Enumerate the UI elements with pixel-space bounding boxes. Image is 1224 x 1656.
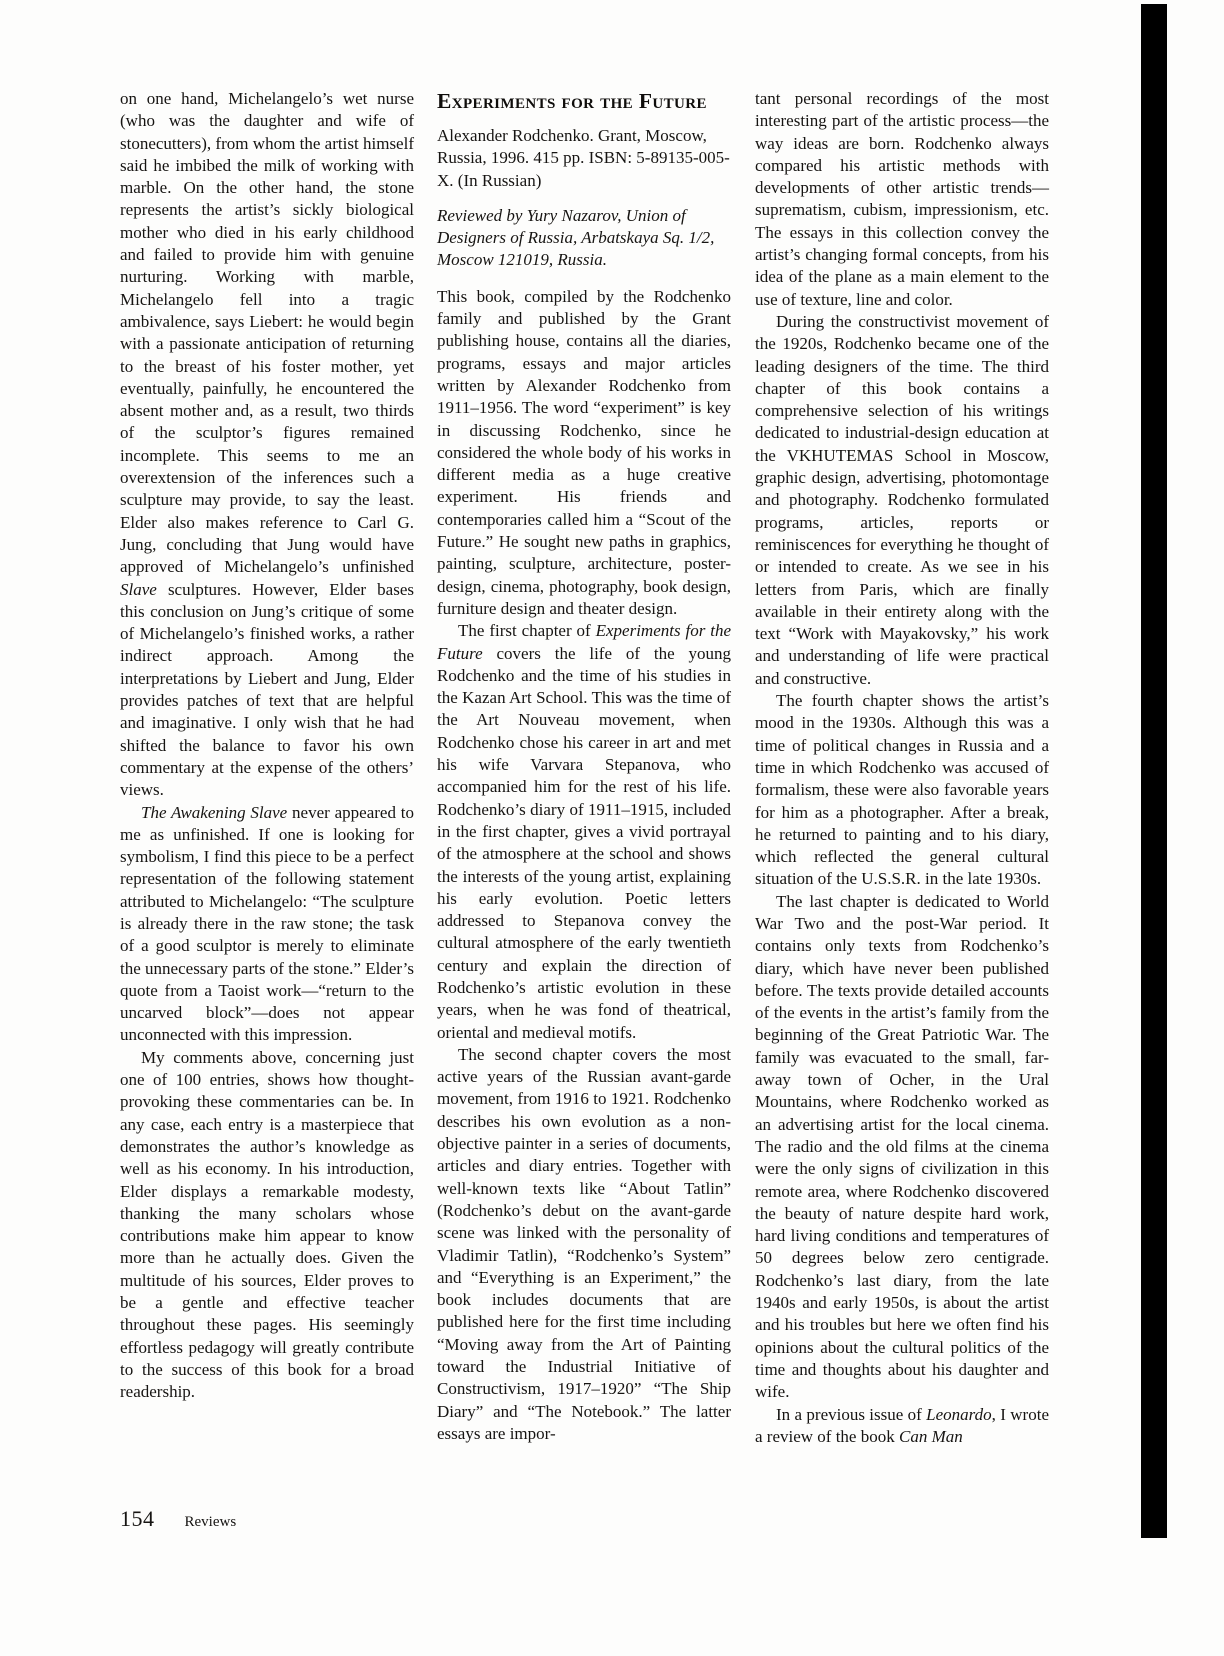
review-title: Experiments for the Future	[437, 88, 731, 115]
paragraph: The Awakening Slave never appeared to me…	[120, 802, 414, 1047]
paragraph: My comments above, concerning just one o…	[120, 1047, 414, 1404]
journal-page: on one hand, Michelangelo’s wet nurse (w…	[0, 0, 1224, 1656]
paragraph: The second chapter covers the most activ…	[437, 1044, 731, 1445]
paragraph: During the constructivist movement of th…	[755, 311, 1049, 690]
column-left: on one hand, Michelangelo’s wet nurse (w…	[120, 88, 414, 1404]
citation: Alexander Rodchenko. Grant, Moscow, Russ…	[437, 125, 731, 192]
reviewer: Reviewed by Yury Nazarov, Union of Desig…	[437, 205, 731, 272]
paragraph: The last chapter is dedicated to World W…	[755, 891, 1049, 1404]
paragraph: The first chapter of Experiments for the…	[437, 620, 731, 1044]
paragraph: on one hand, Michelangelo’s wet nurse (w…	[120, 88, 414, 802]
page-footer: 154 Reviews	[120, 1506, 236, 1532]
section-label: Reviews	[185, 1514, 237, 1531]
page-number: 154	[120, 1506, 155, 1532]
column-right: tant personal recordings of the most int…	[755, 88, 1049, 1448]
section-edge-bar	[1141, 4, 1167, 1538]
paragraph: The fourth chapter shows the artist’s mo…	[755, 690, 1049, 891]
paragraph: tant personal recordings of the most int…	[755, 88, 1049, 311]
paragraph: This book, compiled by the Rodchenko fam…	[437, 286, 731, 620]
column-middle: Experiments for the FutureAlexander Rodc…	[437, 88, 731, 1445]
paragraph: In a previous issue of Leonardo, I wrote…	[755, 1404, 1049, 1449]
